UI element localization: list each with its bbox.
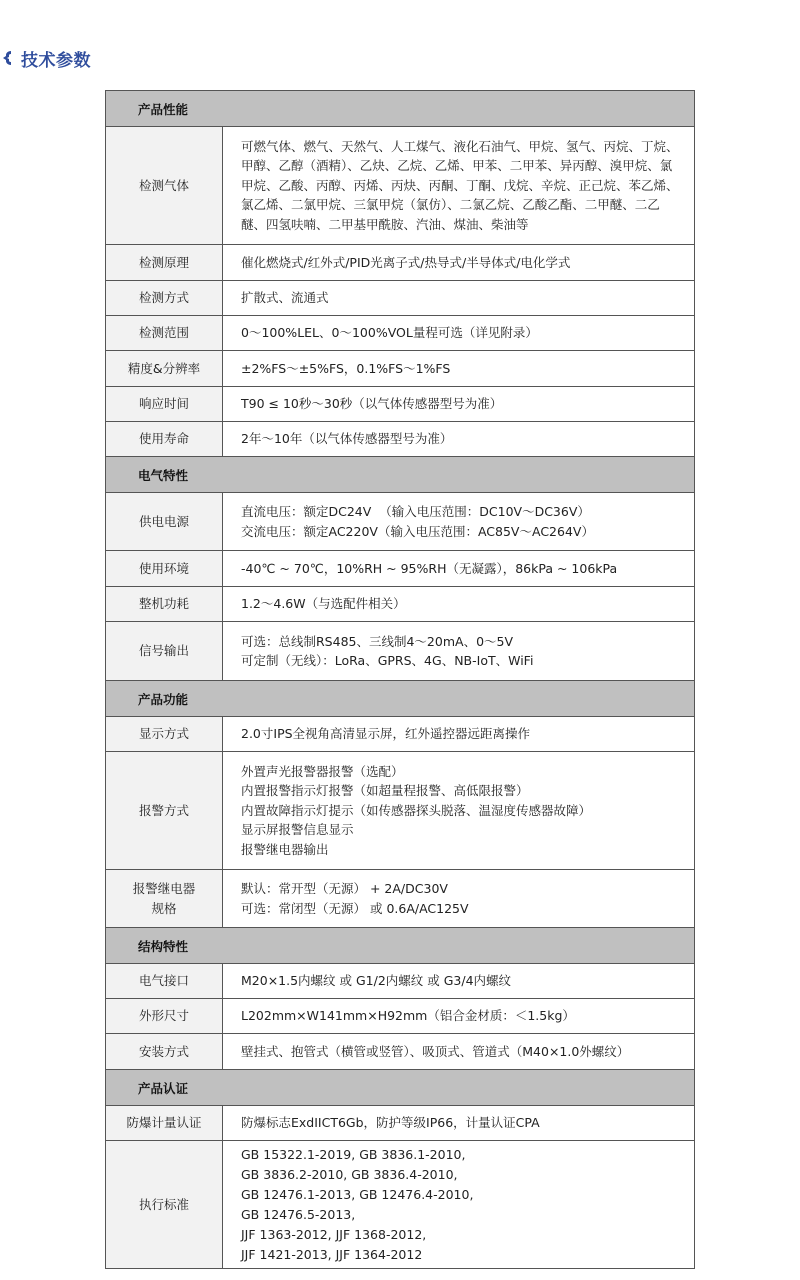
row-value: 1.2～4.6W（与选配件相关） — [223, 587, 695, 622]
table-row: 供电电源 直流电压：额定DC24V （输入电压范围：DC10V～DC36V） 交… — [106, 493, 695, 551]
row-value: 催化燃烧式/红外式/PID光离子式/热导式/半导体式/电化学式 — [223, 245, 695, 281]
value-line: 内置故障指示灯提示（如传感器探头脱落、温湿度传感器故障） — [241, 801, 686, 821]
row-value: 2.0寸IPS全视角高清显示屏，红外遥控器远距离操作 — [223, 717, 695, 752]
table-row: 电气接口 M20×1.5内螺纹 或 G1/2内螺纹 或 G3/4内螺纹 — [106, 964, 695, 999]
label-line: 规格 — [106, 899, 222, 919]
value-line: 显示屏报警信息显示 — [241, 820, 686, 840]
row-value: 外置声光报警器报警（选配） 内置报警指示灯报警（如超量程报警、高低限报警） 内置… — [223, 752, 695, 870]
section-header-structure: 结构特性 — [106, 928, 695, 964]
table-row: 防爆计量认证 防爆标志ExdIICT6Gb，防护等级IP66，计量认证CPA — [106, 1106, 695, 1141]
table-row: 报警方式 外置声光报警器报警（选配） 内置报警指示灯报警（如超量程报警、高低限报… — [106, 752, 695, 870]
section-header-functions: 产品功能 — [106, 681, 695, 717]
row-value: 直流电压：额定DC24V （输入电压范围：DC10V～DC36V） 交流电压：额… — [223, 493, 695, 551]
table-row: 整机功耗 1.2～4.6W（与选配件相关） — [106, 587, 695, 622]
page-title: 技术参数 — [2, 46, 91, 70]
value-line: 默认：常开型（无源） + 2A/DC30V — [241, 879, 686, 899]
row-value: 可选：总线制RS485、三线制4～20mA、0～5V 可定制（无线）：LoRa、… — [223, 622, 695, 681]
row-label: 使用寿命 — [106, 422, 223, 457]
table-row: 安装方式 壁挂式、抱管式（横管或竖管）、吸顶式、管道式（M40×1.0外螺纹） — [106, 1034, 695, 1070]
row-label: 显示方式 — [106, 717, 223, 752]
value-line: 内置报警指示灯报警（如超量程报警、高低限报警） — [241, 781, 686, 801]
table-row: 检测原理 催化燃烧式/红外式/PID光离子式/热导式/半导体式/电化学式 — [106, 245, 695, 281]
table-row: 执行标准 GB 15322.1-2019, GB 3836.1-2010, GB… — [106, 1141, 695, 1269]
section-header-performance: 产品性能 — [106, 91, 695, 127]
row-label: 报警方式 — [106, 752, 223, 870]
table-row: 报警继电器 规格 默认：常开型（无源） + 2A/DC30V 可选：常闭型（无源… — [106, 870, 695, 928]
value-line: GB 15322.1-2019, GB 3836.1-2010, — [241, 1145, 686, 1165]
table-row: 使用寿命 2年～10年（以气体传感器型号为准） — [106, 422, 695, 457]
row-value: 0～100%LEL、0～100%VOL量程可选（详见附录） — [223, 316, 695, 351]
row-label: 电气接口 — [106, 964, 223, 999]
value-line: GB 12476.1-2013, GB 12476.4-2010, — [241, 1185, 686, 1205]
value-line: 可选：总线制RS485、三线制4～20mA、0～5V — [241, 632, 686, 652]
row-label: 检测范围 — [106, 316, 223, 351]
page-title-text: 技术参数 — [21, 46, 91, 71]
row-value: 可燃气体、燃气、天然气、人工煤气、液化石油气、甲烷、氢气、丙烷、丁烷、甲醇、乙醇… — [223, 127, 695, 245]
table-row: 检测范围 0～100%LEL、0～100%VOL量程可选（详见附录） — [106, 316, 695, 351]
row-label: 供电电源 — [106, 493, 223, 551]
row-value: 2年～10年（以气体传感器型号为准） — [223, 422, 695, 457]
section-title: 电气特性 — [106, 457, 695, 493]
row-label: 检测原理 — [106, 245, 223, 281]
row-value: ±2%FS～±5%FS，0.1%FS～1%FS — [223, 351, 695, 387]
table-row: 信号输出 可选：总线制RS485、三线制4～20mA、0～5V 可定制（无线）：… — [106, 622, 695, 681]
value-line: GB 12476.5-2013, — [241, 1205, 686, 1225]
value-line: 可定制（无线）：LoRa、GPRS、4G、NB-IoT、WiFi — [241, 651, 686, 671]
row-value: L202mm×W141mm×H92mm（铝合金材质：＜1.5kg） — [223, 999, 695, 1034]
row-label: 检测方式 — [106, 281, 223, 316]
row-value: 默认：常开型（无源） + 2A/DC30V 可选：常闭型（无源） 或 0.6A/… — [223, 870, 695, 928]
row-label: 外形尺寸 — [106, 999, 223, 1034]
value-line: 报警继电器输出 — [241, 840, 686, 860]
wrench-icon — [2, 49, 16, 67]
table-row: 使用环境 -40℃ ~ 70℃，10%RH ~ 95%RH（无凝露），86kPa… — [106, 551, 695, 587]
row-label: 使用环境 — [106, 551, 223, 587]
table-row: 外形尺寸 L202mm×W141mm×H92mm（铝合金材质：＜1.5kg） — [106, 999, 695, 1034]
value-line: 直流电压：额定DC24V （输入电压范围：DC10V～DC36V） — [241, 502, 686, 522]
table-row: 响应时间 T90 ≤ 10秒～30秒（以气体传感器型号为准） — [106, 387, 695, 422]
value-line: 可选：常闭型（无源） 或 0.6A/AC125V — [241, 899, 686, 919]
value-line: JJF 1421-2013, JJF 1364-2012 — [241, 1245, 686, 1265]
row-label: 报警继电器 规格 — [106, 870, 223, 928]
value-line: JJF 1363-2012, JJF 1368-2012, — [241, 1225, 686, 1245]
value-line: 外置声光报警器报警（选配） — [241, 762, 686, 782]
spec-table: 产品性能 检测气体 可燃气体、燃气、天然气、人工煤气、液化石油气、甲烷、氢气、丙… — [105, 90, 695, 1269]
row-value: -40℃ ~ 70℃，10%RH ~ 95%RH（无凝露），86kPa ~ 10… — [223, 551, 695, 587]
table-row: 检测气体 可燃气体、燃气、天然气、人工煤气、液化石油气、甲烷、氢气、丙烷、丁烷、… — [106, 127, 695, 245]
section-title: 产品性能 — [106, 91, 695, 127]
value-line: 交流电压：额定AC220V（输入电压范围：AC85V～AC264V） — [241, 522, 686, 542]
row-label: 防爆计量认证 — [106, 1106, 223, 1141]
row-value: 壁挂式、抱管式（横管或竖管）、吸顶式、管道式（M40×1.0外螺纹） — [223, 1034, 695, 1070]
row-label: 整机功耗 — [106, 587, 223, 622]
table-row: 精度&分辨率 ±2%FS～±5%FS，0.1%FS～1%FS — [106, 351, 695, 387]
row-label: 信号输出 — [106, 622, 223, 681]
row-label: 检测气体 — [106, 127, 223, 245]
section-header-certification: 产品认证 — [106, 1070, 695, 1106]
row-value: T90 ≤ 10秒～30秒（以气体传感器型号为准） — [223, 387, 695, 422]
row-label: 响应时间 — [106, 387, 223, 422]
section-title: 结构特性 — [106, 928, 695, 964]
section-header-electrical: 电气特性 — [106, 457, 695, 493]
row-value: M20×1.5内螺纹 或 G1/2内螺纹 或 G3/4内螺纹 — [223, 964, 695, 999]
row-value: 防爆标志ExdIICT6Gb，防护等级IP66，计量认证CPA — [223, 1106, 695, 1141]
row-value: GB 15322.1-2019, GB 3836.1-2010, GB 3836… — [223, 1141, 695, 1269]
table-row: 检测方式 扩散式、流通式 — [106, 281, 695, 316]
row-value: 扩散式、流通式 — [223, 281, 695, 316]
section-title: 产品认证 — [106, 1070, 695, 1106]
table-row: 显示方式 2.0寸IPS全视角高清显示屏，红外遥控器远距离操作 — [106, 717, 695, 752]
row-label: 安装方式 — [106, 1034, 223, 1070]
row-label: 精度&分辨率 — [106, 351, 223, 387]
label-line: 报警继电器 — [106, 879, 222, 899]
row-label: 执行标准 — [106, 1141, 223, 1269]
value-line: GB 3836.2-2010, GB 3836.4-2010, — [241, 1165, 686, 1185]
section-title: 产品功能 — [106, 681, 695, 717]
